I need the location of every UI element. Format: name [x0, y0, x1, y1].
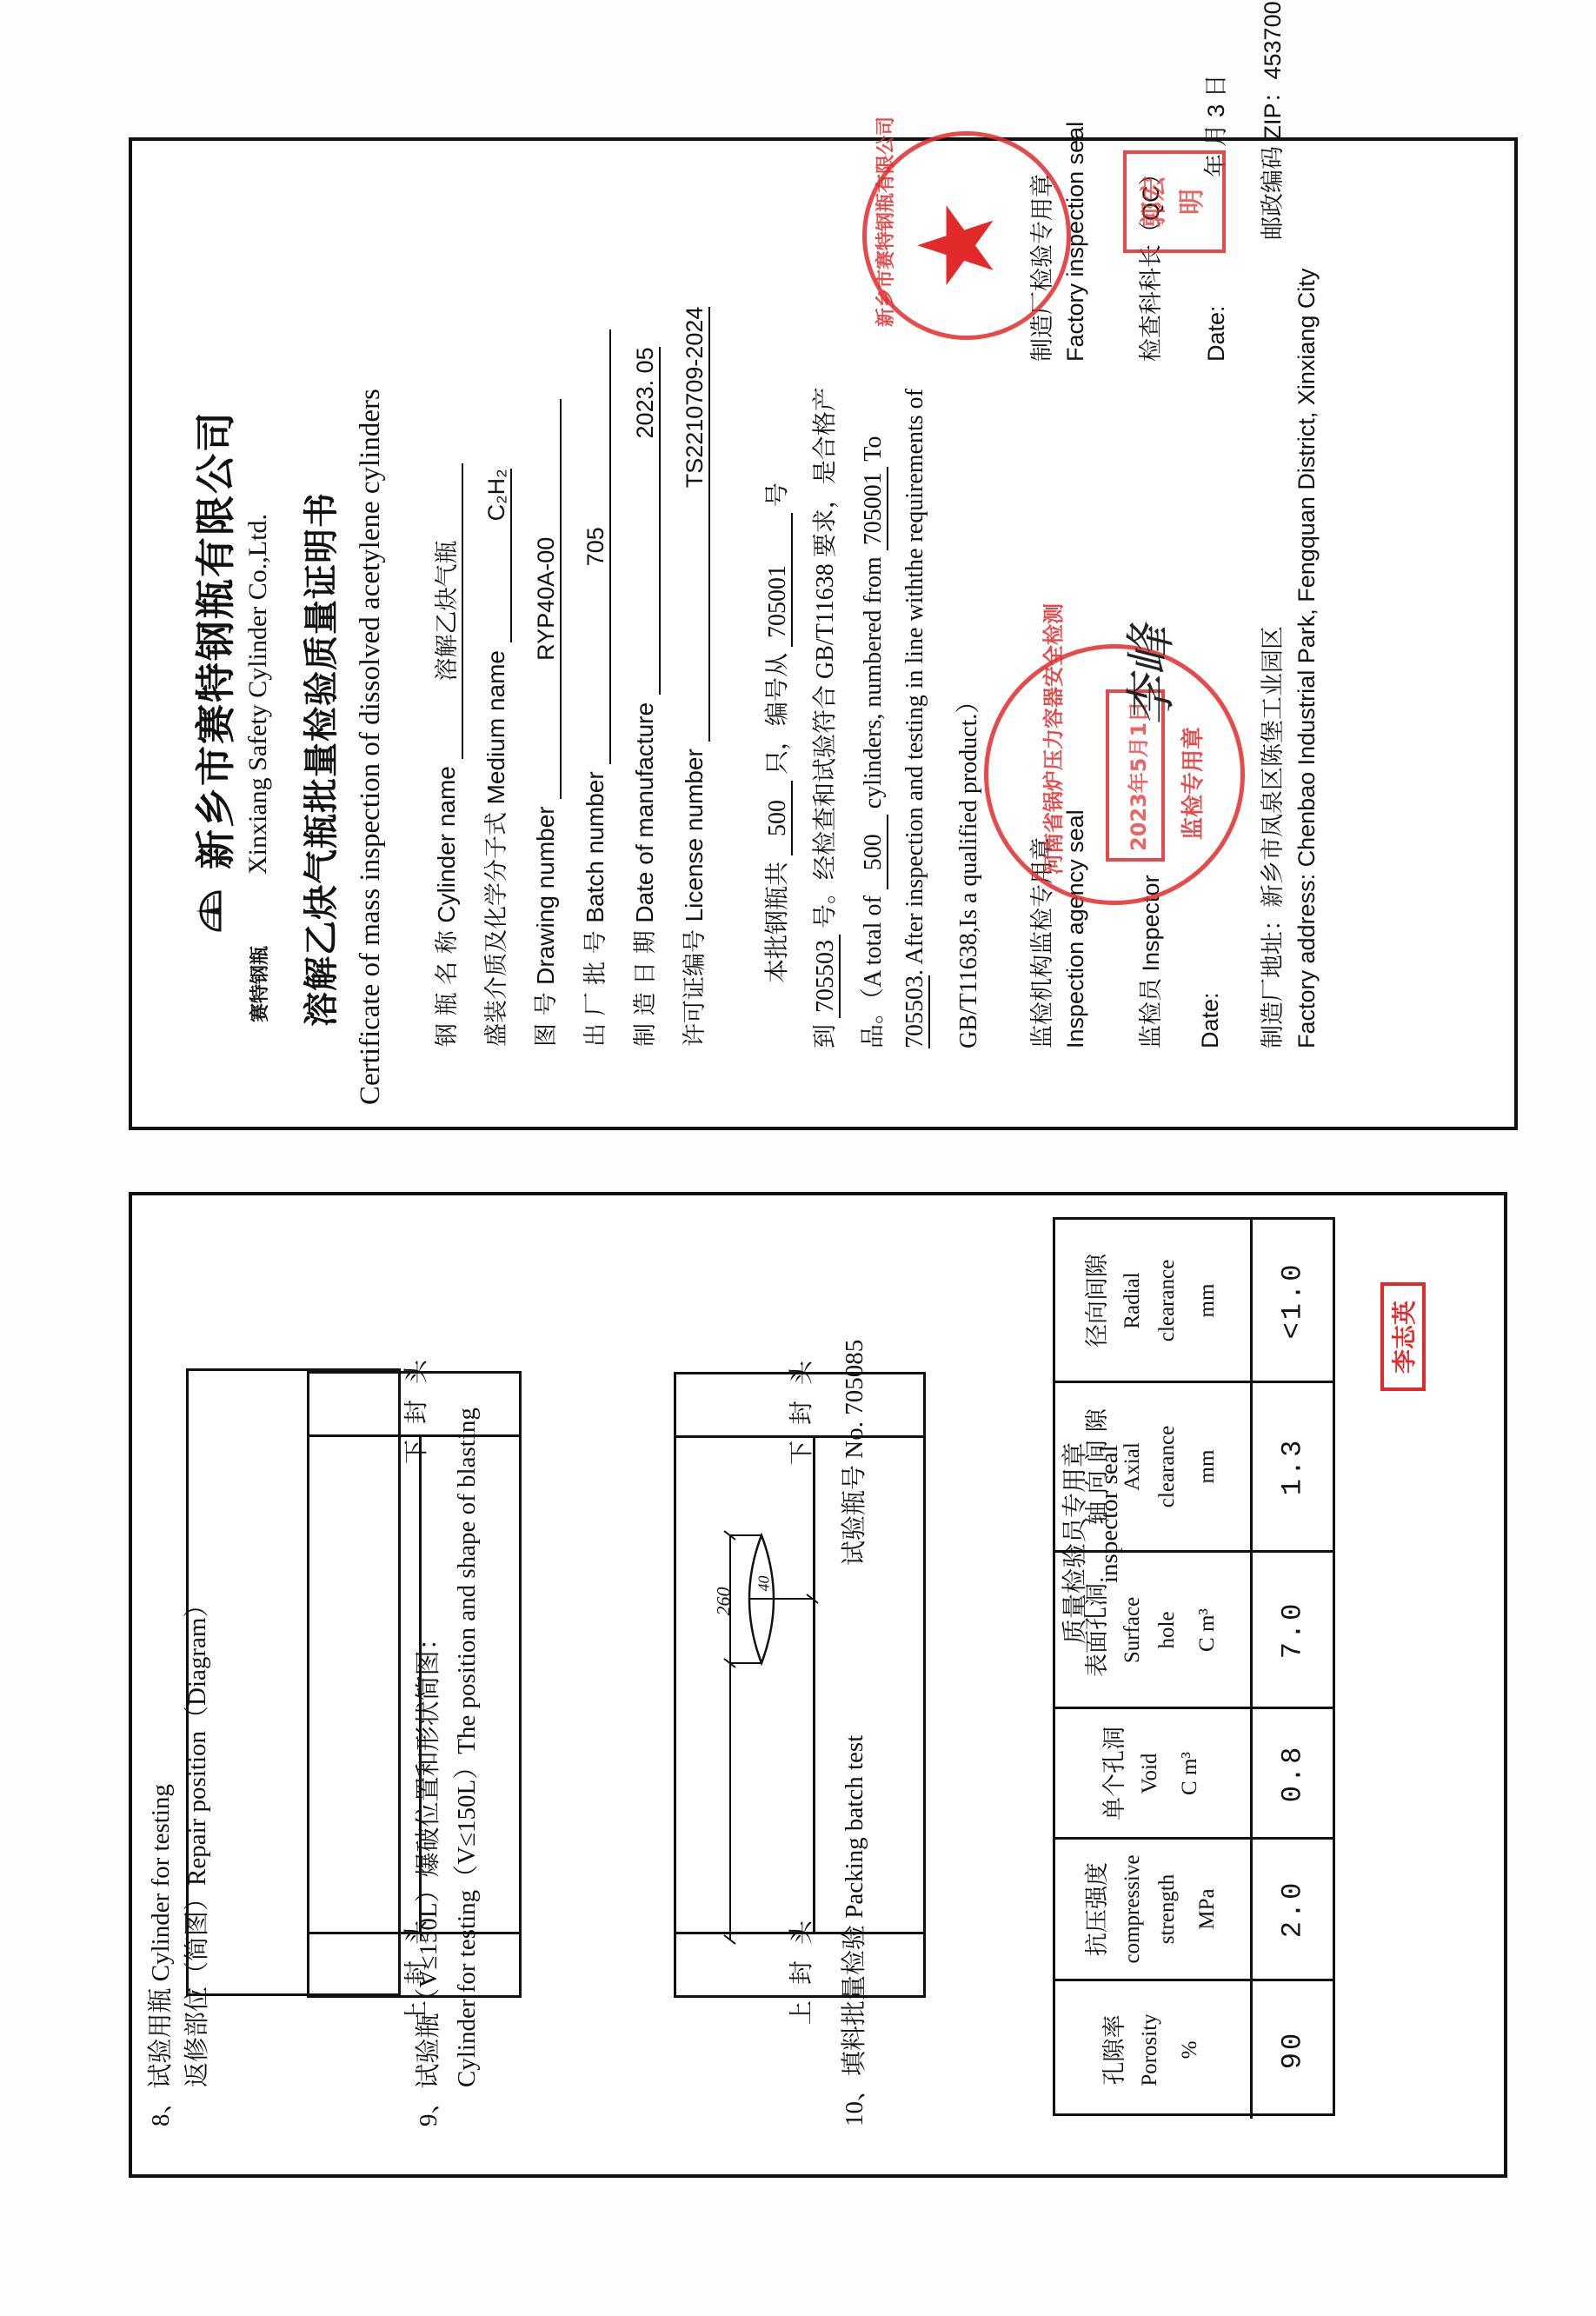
company-name-cn: 新乡市赛特钢瓶有限公司	[192, 410, 239, 869]
header-unit: %	[1173, 2013, 1207, 2086]
table-value: 0.8	[1253, 1709, 1333, 1837]
header-cn: 孔隙率	[1098, 2013, 1133, 2086]
cylinder-axis-line	[419, 1434, 422, 1934]
blast-shape-sketch	[676, 1374, 928, 2000]
section-8-title: 8、试验用瓶 Cylinder for testing	[141, 1784, 176, 2126]
drawing-number-value: RYP40A-00	[533, 399, 562, 799]
statement-line-2: 到 705503 号。经检查和试验符合 GB/T11638 要求，是合格产	[806, 387, 841, 1048]
batch-number-value: 705	[582, 329, 611, 764]
inspector-signature: 李峰	[1110, 626, 1183, 727]
header-cn: 表面孔洞	[1081, 1581, 1115, 1679]
header-cn: 抗压强度	[1081, 1855, 1115, 1964]
header-cn: 轴 向 间 隙	[1081, 1408, 1115, 1525]
certificate-title-en: Certificate of mass inspection of dissol…	[355, 389, 387, 1105]
certificate-panel-frame: 新乡市赛特钢瓶有限公司 赛特钢瓶 Xinxiang Safety Cylinde…	[129, 137, 1518, 1130]
certificate-panel: 新乡市赛特钢瓶有限公司 赛特钢瓶 Xinxiang Safety Cylinde…	[129, 137, 1518, 1130]
header-unit: MPa	[1190, 1855, 1225, 1964]
header-en: Porosity	[1133, 2013, 1167, 2086]
lower-head: 下封头	[309, 1374, 519, 1437]
logo-caption: 赛特钢瓶	[245, 946, 272, 1022]
statement-line-3: 品。（A total of 500 cylinders, numbered fr…	[854, 436, 888, 1048]
header-en: compressive strength	[1115, 1855, 1185, 1964]
header-en: Void	[1133, 1727, 1167, 1820]
table-column-void: 单个孔洞VoidC m³0.8	[1055, 1707, 1333, 1837]
header-unit: mm	[1190, 1408, 1225, 1525]
field-license-number: 许可证编号 License number TS2210709-2024	[675, 307, 710, 1047]
factory-address-cn: 制造厂地址：新乡市凤泉区陈堡工业园区	[1254, 626, 1287, 1048]
agency-date-label: Date:	[1197, 992, 1224, 1048]
manufacture-date-value: 2023. 05	[632, 347, 661, 695]
header-en: Axial clearance	[1115, 1408, 1185, 1525]
upper-head: 上封头	[309, 1932, 519, 1995]
packing-test-table: 孔隙率Porosity%90抗压强度compressive strengthMP…	[1053, 1217, 1335, 2116]
field-cylinder-name: 钢 瓶 名 称 Cylinder name 溶解乙炔气瓶	[428, 463, 463, 1047]
statement-line-1: 本批钢瓶共 500 只，编号从 705001 号	[758, 482, 793, 983]
field-batch-number: 出 厂 批 号 Batch number 705	[576, 329, 611, 1047]
field-date-of-manufacture: 制 造 日 期 Date of manufacture 2023. 05	[626, 347, 661, 1047]
inspector-name-stamp: 李志英	[1380, 1282, 1426, 1391]
agency-seal-bottom-text: 监检专用章	[1175, 727, 1207, 840]
field-drawing-number: 图 号 Drawing number RYP40A-00	[527, 399, 562, 1047]
factory-seal-text: 新乡市赛特钢瓶有限公司	[871, 116, 898, 327]
table-value: 2.0	[1253, 1840, 1333, 1979]
company-logo-icon	[189, 887, 237, 935]
license-number-value: TS2210709-2024	[682, 307, 710, 742]
blast-width-annotation: 40	[755, 1576, 774, 1592]
seal-star-icon: ★	[906, 198, 1010, 292]
header-cn: 单个孔洞	[1098, 1727, 1133, 1820]
header-cn: 径向间隙	[1081, 1252, 1115, 1349]
field-medium-name: 盛装介质及化学分子式 Medium name C₂H₂	[477, 469, 512, 1047]
repair-position-cylinder: 下封头 上封头	[307, 1371, 522, 1998]
agency-seal-text: 河南省锅炉压力容器安全检测	[1036, 603, 1067, 875]
table-column-radial-clearance: 径向间隙Radial clearancemm<1.0	[1055, 1220, 1333, 1381]
statement-line-5: GB/T11638,Is a qualified product.）	[949, 689, 984, 1048]
header-en: Radial clearance	[1115, 1252, 1185, 1349]
header-unit: C m³	[1173, 1727, 1207, 1820]
company-name-en: Xinxiang Safety Cylinder Co.,Ltd.	[243, 514, 273, 875]
table-value: 7.0	[1253, 1553, 1333, 1707]
table-column-compressive-strength: 抗压强度compressive strengthMPa2.0	[1055, 1837, 1333, 1979]
table-value: 90	[1253, 1981, 1333, 2119]
company-header: 新乡市赛特钢瓶有限公司	[184, 410, 242, 935]
qc-name-seal: 郭宏明	[1123, 150, 1226, 253]
table-value: <1.0	[1253, 1220, 1333, 1381]
factory-address-en: Factory address: Chenbao Industrial Park…	[1293, 269, 1320, 1048]
certificate-title-cn: 溶解乙炔气瓶批量检验质量证明书	[294, 492, 343, 1027]
header-unit: mm	[1190, 1252, 1225, 1349]
header-unit: C m³	[1190, 1581, 1225, 1679]
table-column-porosity: 孔隙率Porosity%90	[1055, 1979, 1333, 2119]
blasting-cylinder: 下封头 上封头 260 40	[674, 1372, 926, 1998]
table-column-axial-clearance: 轴 向 间 隙Axial clearancemm1.3	[1055, 1381, 1333, 1550]
cylinder-name-value: 溶解乙炔气瓶	[428, 463, 463, 759]
header-en: Surface hole	[1115, 1581, 1185, 1679]
statement-line-4: 705503. After inspection and testing in …	[901, 389, 929, 1048]
medium-name-value: C₂H₂	[483, 469, 512, 642]
table-column-surface-hole: 表面孔洞Surface holeC m³7.0	[1055, 1550, 1333, 1707]
table-value: 1.3	[1253, 1383, 1333, 1550]
blast-length-annotation: 260	[713, 1587, 735, 1616]
zip-code: 邮政编码 ZIP：453700	[1254, 1, 1287, 240]
